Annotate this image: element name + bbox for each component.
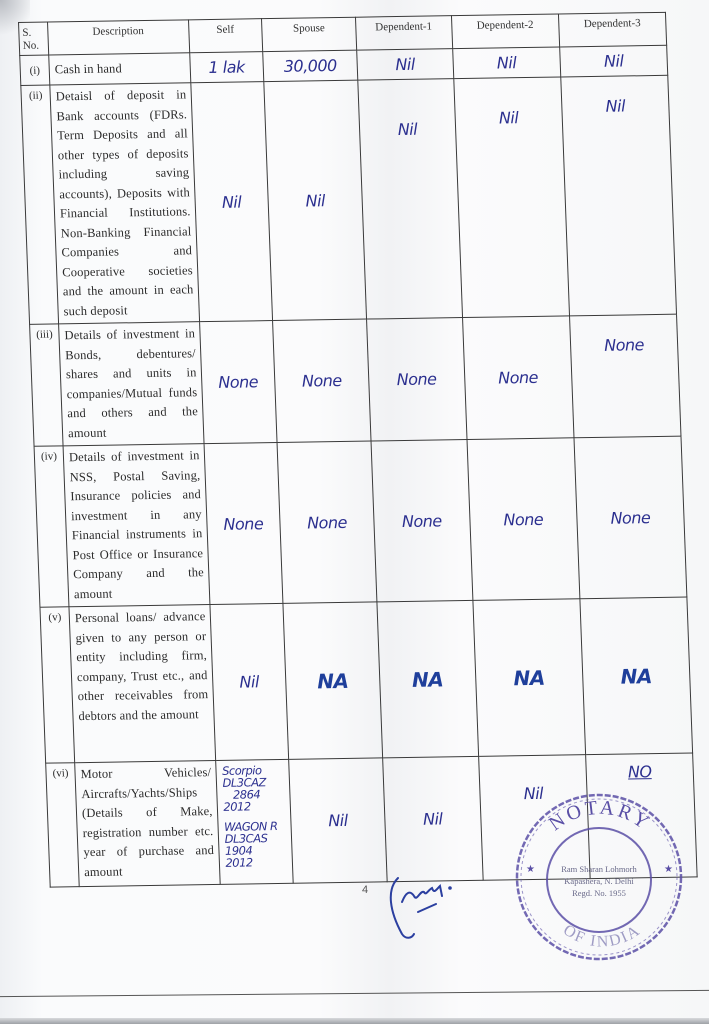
assets-table: S. No. Description Self Spouse Dependent… bbox=[18, 12, 698, 888]
cell-dependent-3: NA bbox=[580, 597, 693, 755]
vehicle-line: 2012 bbox=[223, 800, 290, 813]
row-sno: (iii) bbox=[30, 324, 63, 446]
svg-text:★: ★ bbox=[526, 864, 535, 875]
cell-dependent-1: None bbox=[371, 440, 473, 602]
table-row: (iii) Details of investment in Bonds, de… bbox=[30, 314, 681, 446]
cell-dependent-3: None bbox=[569, 314, 681, 438]
cell-self: Nil bbox=[209, 603, 288, 760]
cell-dependent-2: None bbox=[462, 316, 574, 440]
cell-dependent-1: None bbox=[366, 318, 466, 441]
cell-dependent-3: Nil bbox=[561, 75, 677, 316]
cell-dependent-3: None bbox=[574, 436, 687, 599]
cell-spouse: None bbox=[277, 441, 377, 603]
stamp-place: Kapashera, N. Delhi bbox=[564, 876, 634, 886]
header-spouse: Spouse bbox=[262, 17, 357, 51]
page-fold-line bbox=[0, 990, 709, 997]
row-description: Details of investment in NSS, Postal Sav… bbox=[63, 444, 209, 607]
page-bottom-edge bbox=[0, 1018, 709, 1024]
cell-self: None bbox=[199, 321, 277, 444]
cell-dependent-1: Nil bbox=[358, 79, 463, 319]
row-description: Motor Vehicles/ Aircrafts/Yachts/Ships (… bbox=[75, 760, 220, 886]
svg-text:NOTARY: NOTARY bbox=[545, 797, 655, 836]
notary-stamp-icon: NOTARY OF INDIA ★ ★ Ram Sharan Lohmorh K… bbox=[512, 790, 687, 965]
assets-table-wrapper: S. No. Description Self Spouse Dependent… bbox=[18, 12, 698, 888]
header-self: Self bbox=[188, 19, 263, 53]
header-dependent-3: Dependent-3 bbox=[558, 12, 666, 47]
cell-spouse: 30,000 bbox=[263, 50, 358, 81]
row-description: Personal loans/ advance given to any per… bbox=[69, 605, 215, 763]
cell-spouse: Nil bbox=[289, 758, 387, 883]
cell-spouse: NA bbox=[283, 602, 382, 759]
cell-self: Nil bbox=[190, 82, 272, 322]
header-sno: S. No. bbox=[19, 22, 49, 55]
table-row: (ii) Detaisl of deposit in Bank accounts… bbox=[21, 75, 677, 324]
row-description: Details of investment in Bonds, debentur… bbox=[59, 322, 204, 446]
header-dependent-2: Dependent-2 bbox=[451, 14, 559, 49]
row-description: Detaisl of deposit in Bank accounts (FDR… bbox=[50, 83, 199, 324]
cell-dependent-2: Nil bbox=[452, 47, 560, 79]
svg-text:OF INDIA: OF INDIA bbox=[560, 922, 644, 951]
stamp-bottom-text: OF INDIA bbox=[560, 922, 644, 951]
stamp-top-text: NOTARY bbox=[545, 797, 655, 836]
cell-self: 1 lak bbox=[189, 52, 264, 83]
cell-dependent-2: Nil bbox=[454, 77, 570, 318]
cell-dependent-3: Nil bbox=[560, 45, 668, 77]
signature-icon bbox=[384, 872, 464, 942]
svg-text:★: ★ bbox=[664, 864, 673, 875]
cell-dependent-1: Nil bbox=[357, 49, 454, 80]
cell-self-vehicles: Scorpio DL3CAZ 2864 2012 WAGON R DL3CAS … bbox=[215, 759, 293, 884]
stamp-name: Ram Sharan Lohmorh bbox=[561, 864, 637, 874]
cell-dependent-2: NA bbox=[473, 599, 586, 757]
header-dependent-1: Dependent-1 bbox=[355, 16, 452, 50]
scanned-page: S. No. Description Self Spouse Dependent… bbox=[0, 0, 709, 1024]
row-sno: (vi) bbox=[46, 763, 80, 887]
row-description: Cash in hand bbox=[49, 53, 191, 85]
row-sno: (i) bbox=[20, 55, 50, 85]
cell-dependent-1: Nil bbox=[382, 756, 482, 881]
table-row: (iv) Details of investment in NSS, Posta… bbox=[34, 436, 687, 607]
cell-spouse: Nil bbox=[264, 80, 366, 320]
table-row: (v) Personal loans/ advance given to any… bbox=[40, 597, 693, 763]
header-description: Description bbox=[48, 20, 190, 55]
page-number: 4 bbox=[362, 884, 368, 896]
stamp-reg: Regd. No. 1955 bbox=[572, 888, 626, 898]
cell-dependent-1: NA bbox=[377, 600, 479, 757]
cell-dependent-2: None bbox=[467, 438, 580, 601]
cell-self: None bbox=[204, 442, 284, 604]
cell-spouse: None bbox=[273, 319, 371, 442]
vehicle-line: 2012 bbox=[225, 856, 292, 869]
